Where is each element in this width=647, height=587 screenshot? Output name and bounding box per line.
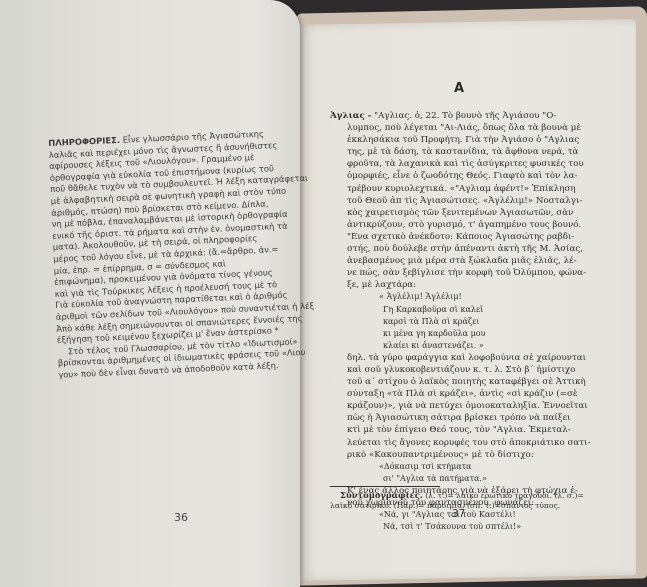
entry-line: ὀμορφιές, εἶνε ὁ ζωοδότης Θεός. Γιαφτὸ κ…: [337, 170, 617, 182]
verse-line: καρσὶ τὰ Πλὰ σὶ κράζει: [337, 316, 617, 328]
entry-line: Ἀγλιας - "Αγλιας. ὁ, 22. Τὸ βουνὸ τῆς Ἀγ…: [337, 110, 617, 122]
verse-line: « Ἀγλέλιμ! Ἀγλέλιμ!: [337, 291, 617, 303]
entry-line: τοῦ α΄ στίχου ὁ λαϊκὸς ποιητὴς καταφέβγε…: [337, 376, 617, 388]
entry-line: λεύεται τὶς ἄγονες κορυφές του στὸ ἀποκρ…: [337, 437, 617, 449]
entry-line: ἀντικρύζουν, στὸ γυρισμό, τ' ἀγαπημένο τ…: [337, 219, 617, 231]
verse-line: σι' "Αγλια τὰ πατήματα.»: [337, 473, 617, 485]
entry-line: "Ενα σχετικὸ ἀνέκδοτο: Κάποιος Ἀγιασώτης…: [337, 231, 617, 243]
verse-line: Γη Καρκαβοῦρα σὶ καλεῖ: [337, 304, 617, 316]
entry-line: στής, ποὺ δούλεβε στὴν ἀπέναντι ἀκτὴ τῆς…: [337, 243, 617, 255]
verse-line: Νά, τσὶ τ' Τσάκουνα τοὺ σπτέλι!»: [337, 521, 617, 533]
verse-line: κλαίει κι ἀναστενάζει. »: [337, 340, 617, 352]
footnote-heading: Συντομογραφίες.: [330, 490, 423, 500]
entry-line: ἀνεβασμένος μιὰ μέρα στὰ ξώκλαδα μιᾶς ἐλ…: [337, 255, 617, 267]
footnote-line: (λ. τ.)= λαϊκὸ ἐρωτικὸ τραγοῦδι. (λ. σ.)…: [425, 491, 584, 500]
footnote: Συντομογραφίες. (λ. τ.)= λαϊκὸ ἐρωτικὸ τ…: [330, 490, 620, 511]
entry-line: τοῦ Θεοῦ ἀπ τὶς Ἀγιασώτισες. «Ἀγλέλιμ!» …: [337, 195, 617, 207]
entry-line: νε πώς, σὰν ξεβίγλισε τὴν κορφὴ τοῦ Ὀλύμ…: [337, 267, 617, 279]
entry-line: τρέβουν κυριολεχτικά. «"Αγλιαμ ἀφέντ!» Ἐ…: [337, 183, 617, 195]
footnote-line: λαϊκὸ σατιρικό. (Παρ.)= παροιμία. (σπ. τ…: [330, 501, 620, 511]
headword: Ἀγλιας -: [330, 111, 371, 121]
entry-line: ἐκκλησάκια τοῦ Προφήτη. Γιὰ τὴν Ἀγιάσο ὁ…: [337, 134, 617, 146]
entry-line: καὶ σοῦ γλυκοκοβεντιάζουν κ. τ. λ. Στὸ β…: [337, 364, 617, 376]
entry-line: λυμπος, ποὺ λέγεται "Αι-Λιάς, ὅπως ὅλα τ…: [337, 122, 617, 134]
entry-line: φροῦτα, τὰ λαχανικὰ καὶ τὶς ἀσύγκριτες φ…: [337, 158, 617, 170]
verse-line: κι μένα γη καρδοῦλα μου: [337, 328, 617, 340]
entry-line: δηλ. τὰ γύρο φαράγγια καὶ λοφοβούνια σὲ …: [337, 352, 617, 364]
entry-line: ρικὸ «Κακουπαντριμένους» μὲ τὸ δίστιχο:: [337, 449, 617, 461]
entry-line: της, μὲ τὰ δάση, τὰ καστανίδια, τὰ ἄφθον…: [337, 146, 617, 158]
left-heading: ΠΛΗΡΟΦΟΡΙΕΣ.: [48, 135, 120, 148]
entry-line: κὸς χαιρετισμὸς τῶν ξενιτεμένων Ἀγιασωτῶ…: [337, 207, 617, 219]
verse-line: «Δόκασιμ τσὶ κτήματα: [337, 461, 617, 473]
glossary-entry: Ἀγλιας - "Αγλιας. ὁ, 22. Τὸ βουνὸ τῆς Ἀγ…: [337, 110, 617, 533]
entry-line: πὼς ἡ Ἀγιασώτικη σάτιρα βρίσκει τρόπο νὰ…: [337, 412, 617, 424]
page-number-left: 36: [174, 511, 188, 524]
entry-line: ξε, μὲ λαχτάρα:: [337, 279, 617, 291]
footnote-divider: [330, 486, 440, 487]
section-letter: Α: [454, 81, 464, 96]
page-number-right: 37: [452, 508, 465, 520]
entry-line: κτὶ μὲ τὸν ἐπίγειο Θεό τους, τὸν "Αγλια.…: [337, 424, 617, 436]
entry-line: σύνταξη «τὰ Πλὰ σὶ κράζει», ἀντὶς «σὶ κρ…: [337, 388, 617, 400]
entry-line: κράζουν)», γιὰ νὰ πετύχει ὁμοιοκαταληξία…: [337, 400, 617, 412]
left-page-text: ΠΛΗΡΟΦΟΡΙΕΣ. Εἶνε γλωσσάριο τῆς Ἀγιασώτι…: [48, 127, 316, 381]
